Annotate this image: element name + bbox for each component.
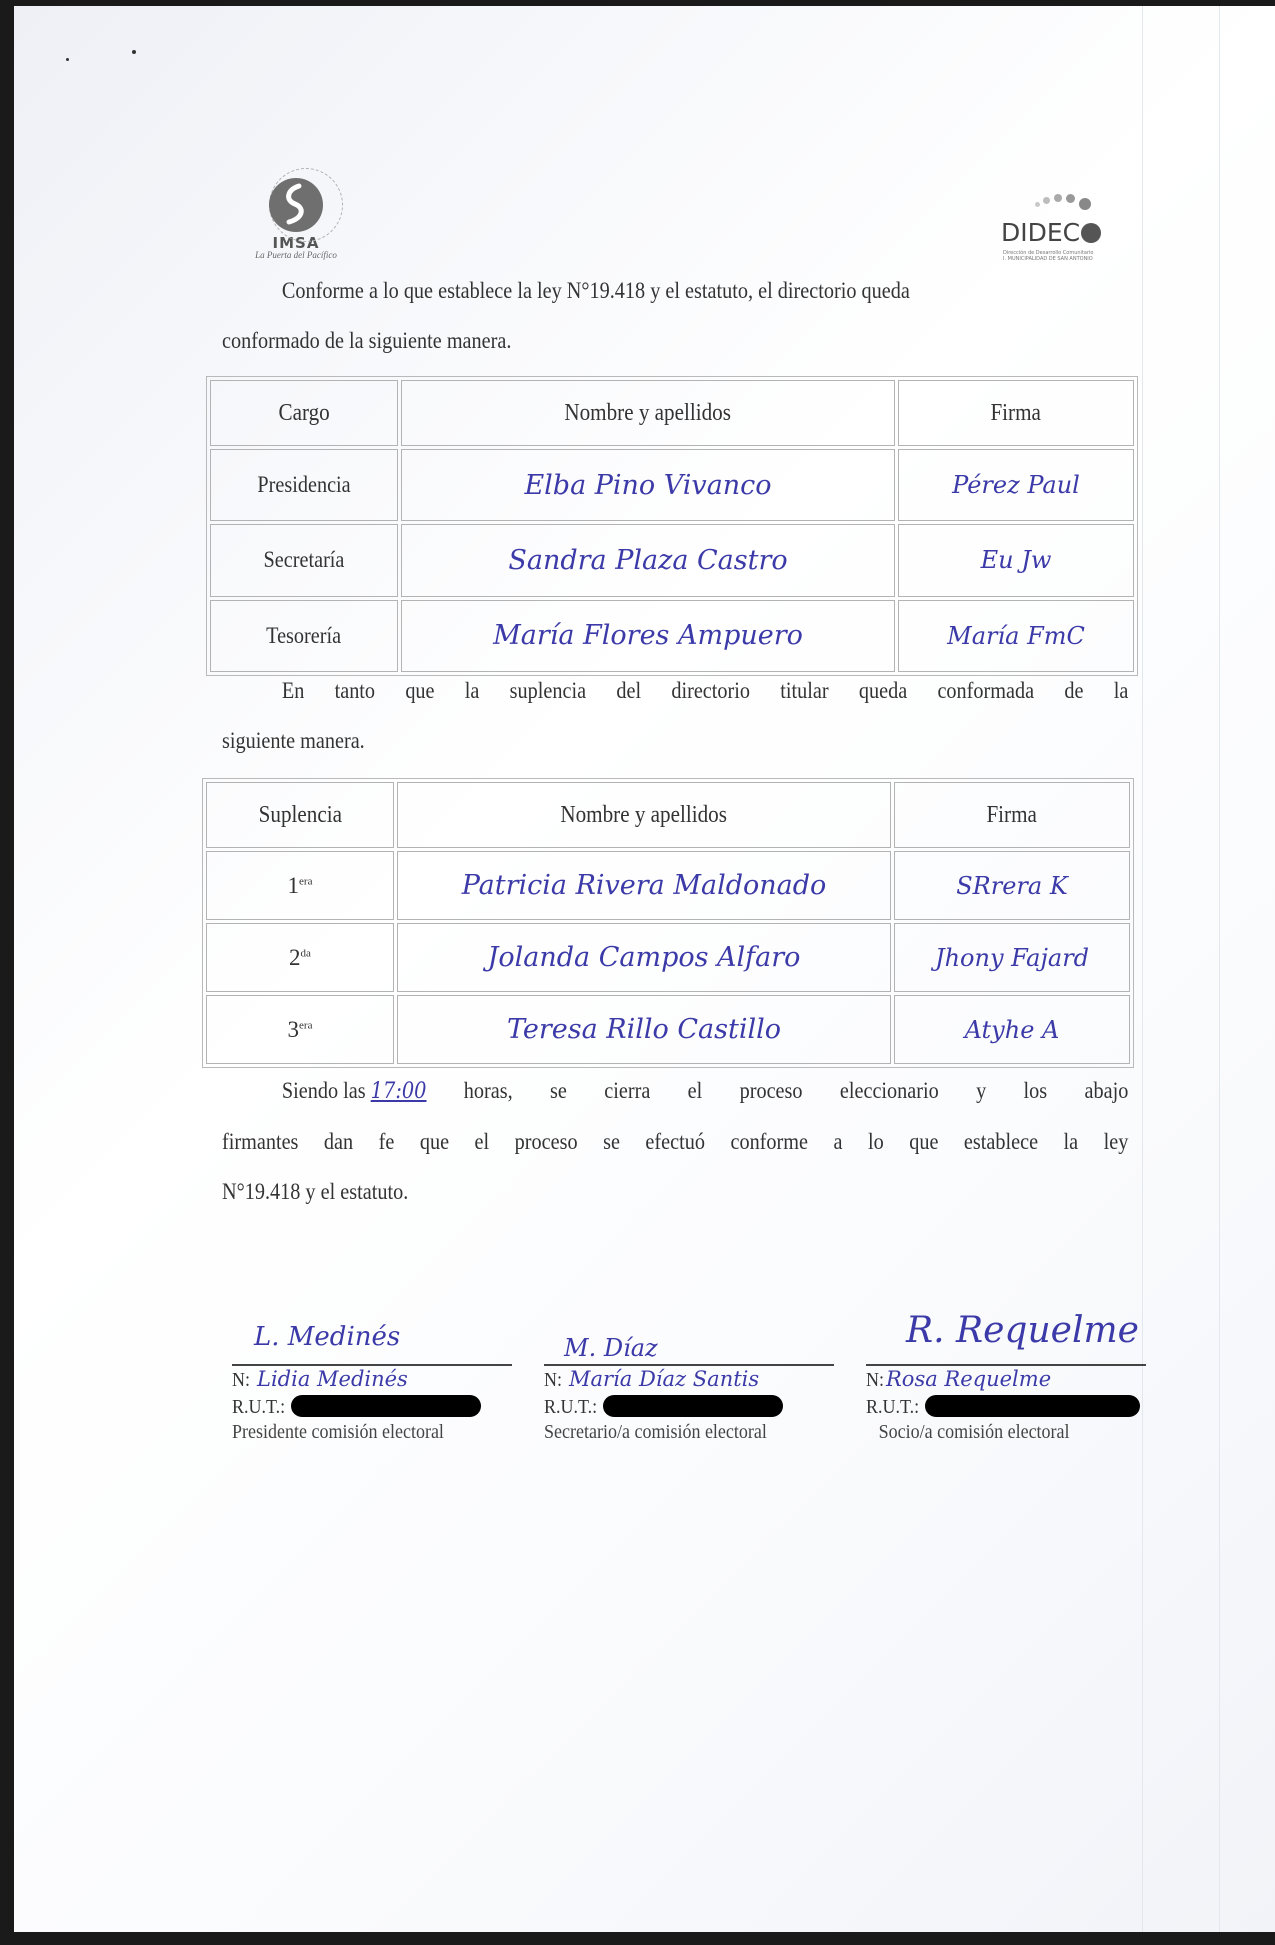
- cargo-cell: Presidencia: [210, 449, 398, 521]
- signer-role: Presidente comisión electoral: [232, 1421, 484, 1444]
- handwritten-name: Jolanda Campos Alfaro: [488, 942, 801, 973]
- col-header-cargo: Cargo: [210, 380, 398, 446]
- cargo-cell: Tesorería: [210, 600, 398, 672]
- rut-redaction: [291, 1395, 481, 1417]
- col-header-nombre: Nombre y apellidos: [401, 380, 895, 446]
- imsa-logo: IMSA La Puerta del Pacífico: [236, 166, 356, 276]
- nombre-cell: Patricia Rivera Maldonado: [397, 851, 891, 920]
- signer-socio: R. Requelme N:Rosa Requelme R.U.T.: Soci…: [866, 1324, 1146, 1444]
- signer-name: Rosa Requelme: [886, 1367, 1051, 1391]
- name-label: N:: [232, 1367, 250, 1394]
- intro-line2: conformado de la siguiente manera.: [222, 316, 1128, 366]
- table-row: Tesorería María Flores Ampuero María FmC: [210, 600, 1134, 672]
- handwritten-name: Patricia Rivera Maldonado: [462, 870, 827, 901]
- name-label: N:: [544, 1367, 562, 1394]
- table-row: 3era Teresa Rillo Castillo Atyhe A: [206, 995, 1130, 1064]
- suplencia-line2: siguiente manera.: [222, 716, 1128, 766]
- closing-paragraph: Siendo las 17:00horas,secierraelprocesoe…: [222, 1066, 1128, 1217]
- closing-prefix: Siendo las 17:00: [282, 1066, 427, 1117]
- handwritten-time: 17:00: [371, 1079, 427, 1104]
- suplencia-paragraph: Entantoquelasuplenciadeldirectoriotitula…: [222, 666, 1128, 766]
- col-header-firma: Firma: [894, 782, 1130, 848]
- signature-mark: M. Díaz: [564, 1334, 658, 1362]
- nombre-cell: María Flores Ampuero: [401, 600, 895, 672]
- closing-line2: firmantesdanfequeelprocesoseefectuóconfo…: [222, 1117, 1128, 1167]
- suplencia-cell: 1era: [206, 851, 394, 920]
- scan-crease: [1219, 6, 1220, 1932]
- firma-cell: María FmC: [898, 600, 1134, 672]
- intro-line1: Conforme a lo que establece la ley N°19.…: [282, 278, 910, 303]
- signer-role: Secretario/a comisión electoral: [544, 1421, 805, 1444]
- signature-mark: Jhony Fajard: [935, 944, 1089, 972]
- dideco-wordmark: DIDEC: [1001, 218, 1101, 247]
- signature-mark: María FmC: [947, 622, 1085, 650]
- signer-name: Lidia Medinés: [257, 1367, 408, 1391]
- scan-crease: [1142, 6, 1143, 1932]
- handwritten-name: Teresa Rillo Castillo: [507, 1014, 781, 1045]
- nombre-cell: Sandra Plaza Castro: [401, 524, 895, 596]
- scan-speck: [132, 50, 136, 54]
- document-page: IMSA La Puerta del Pacífico DIDEC Direcc…: [14, 6, 1275, 1932]
- firma-cell: SRrera K: [894, 851, 1130, 920]
- col-header-nombre: Nombre y apellidos: [397, 782, 891, 848]
- signature-mark: R. Requelme: [906, 1310, 1139, 1351]
- signature-mark: Pérez Paul: [952, 471, 1080, 499]
- dideco-sub-line2: I. MUNICIPALIDAD DE SAN ANTONIO: [1003, 256, 1093, 262]
- imsa-emblem-icon: [269, 178, 323, 232]
- imsa-tagline: La Puerta del Pacífico: [236, 250, 356, 260]
- rut-label: R.U.T.:: [866, 1394, 919, 1421]
- table-row: 1era Patricia Rivera Maldonado SRrera K: [206, 851, 1130, 920]
- table-row: 2da Jolanda Campos Alfaro Jhony Fajard: [206, 923, 1130, 992]
- handwritten-name: María Flores Ampuero: [493, 620, 803, 651]
- handwritten-name: Sandra Plaza Castro: [508, 545, 787, 576]
- signature-mark: Atyhe A: [965, 1016, 1060, 1044]
- nombre-cell: Teresa Rillo Castillo: [397, 995, 891, 1064]
- nombre-cell: Elba Pino Vivanco: [401, 449, 895, 521]
- firma-cell: Eu Jw: [898, 524, 1134, 596]
- scan-speck: [66, 58, 69, 61]
- table-row: Presidencia Elba Pino Vivanco Pérez Paul: [210, 449, 1134, 521]
- signature-mark: SRrera K: [956, 872, 1068, 900]
- closing-line3: N°19.418 y el estatuto.: [222, 1167, 1128, 1217]
- intro-paragraph: Conforme a lo que establece la ley N°19.…: [222, 266, 1128, 366]
- cargo-cell: Secretaría: [210, 524, 398, 596]
- suplencia-cell: 2da: [206, 923, 394, 992]
- name-label: N:: [866, 1367, 884, 1394]
- globe-icon: [1081, 223, 1101, 243]
- dideco-name: DIDEC: [1001, 218, 1080, 247]
- suplencia-line1: Entantoquelasuplenciadeldirectoriotitula…: [222, 666, 1128, 716]
- directorio-table: Cargo Nombre y apellidos Firma Presidenc…: [206, 376, 1138, 676]
- signer-role: Socio/a comisión electoral: [866, 1421, 1118, 1444]
- rut-label: R.U.T.:: [544, 1394, 597, 1421]
- rut-redaction: [603, 1395, 783, 1417]
- col-header-firma: Firma: [898, 380, 1134, 446]
- closing-line1: Siendo las 17:00horas,secierraelprocesoe…: [222, 1066, 1128, 1117]
- rut-redaction: [925, 1395, 1140, 1417]
- firma-cell: Atyhe A: [894, 995, 1130, 1064]
- suplencia-cell: 3era: [206, 995, 394, 1064]
- suplencia-table: Suplencia Nombre y apellidos Firma 1era …: [202, 778, 1134, 1068]
- table-row: Secretaría Sandra Plaza Castro Eu Jw: [210, 524, 1134, 596]
- nombre-cell: Jolanda Campos Alfaro: [397, 923, 891, 992]
- handwritten-name: Elba Pino Vivanco: [524, 470, 771, 501]
- dideco-logo: DIDEC Dirección de Desarrollo Comunitari…: [999, 188, 1124, 263]
- dideco-subtitle: Dirección de Desarrollo Comunitario I. M…: [1003, 250, 1093, 262]
- rut-label: R.U.T.:: [232, 1394, 285, 1421]
- firma-cell: Jhony Fajard: [894, 923, 1130, 992]
- signer-name: María Díaz Santis: [569, 1367, 759, 1391]
- signature-mark: L. Medinés: [254, 1322, 400, 1352]
- firma-cell: Pérez Paul: [898, 449, 1134, 521]
- signer-presidente: L. Medinés N: Lidia Medinés R.U.T.: Pres…: [232, 1324, 512, 1444]
- signer-secretario: M. Díaz N: María Díaz Santis R.U.T.: Sec…: [544, 1324, 834, 1444]
- signature-mark: Eu Jw: [981, 546, 1052, 574]
- col-header-suplencia: Suplencia: [206, 782, 394, 848]
